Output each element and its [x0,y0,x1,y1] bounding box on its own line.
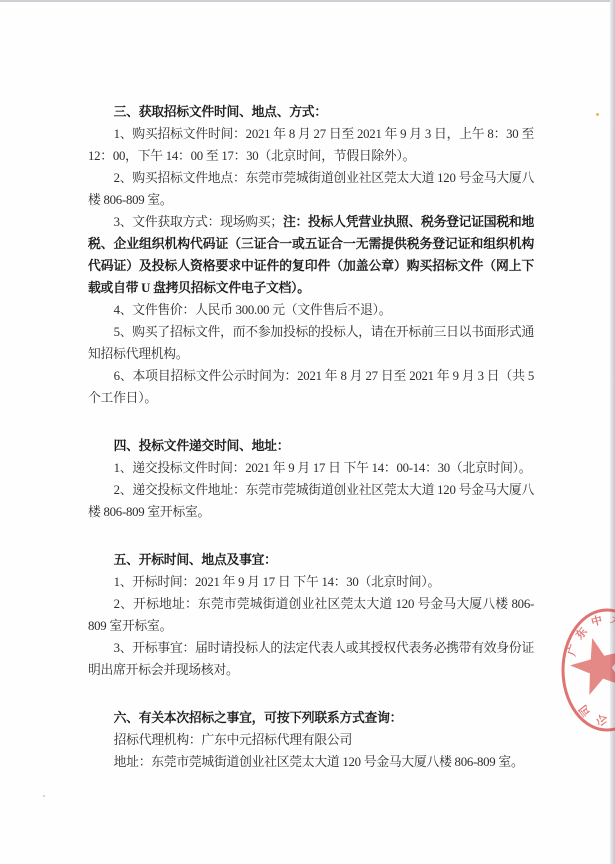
paragraph: 招标代理机构：广东中元招标代理有限公司 [88,729,534,751]
paragraph: 2、递交投标文件地址：东莞市莞城街道创业社区莞太大道 120 号金马大厦八楼 8… [88,479,534,523]
page-top-edge [0,0,615,2]
scan-speck [596,113,599,116]
seal-text: 广东中元招标代理有限公司 [564,611,615,729]
section-obtain-documents: 三、获取招标文件时间、地点、方式： 1、购买招标文件时间：2021 年 8 月 … [88,101,534,409]
section-heading: 六、有关本次招标之事宜，可按下列联系方式查询： [88,707,534,729]
paragraph: 3、开标事宜：届时请投标人的法定代表人或其授权代表务必携带有效身份证明出席开标会… [88,637,534,681]
section-heading: 五、开标时间、地点及事宜： [88,549,534,571]
seal-ring [563,610,615,730]
paragraph: 4、文件售价：人民币 300.00 元（文件售后不退）。 [88,299,534,321]
paragraph: 地址：东莞市莞城街道创业社区莞太大道 120 号金马大厦八楼 806-809 室… [88,751,534,773]
document-body: 三、获取招标文件时间、地点、方式： 1、购买招标文件时间：2021 年 8 月 … [88,101,534,773]
paragraph: 2、购买招标文件地点：东莞市莞城街道创业社区莞太大道 120 号金马大厦八楼 8… [88,167,534,211]
scan-speck [43,795,45,797]
agency-seal: 广东中元招标代理有限公司 [545,593,615,758]
paragraph: 3、文件获取方式：现场购买；注：投标人凭营业执照、税务登记证国税和地税、企业组织… [88,211,534,299]
paragraph: 6、本项目招标文件公示时间为：2021 年 8 月 27 日至 2021 年 9… [88,365,534,409]
seal-star [570,638,615,695]
document-page: { "document": { "sections": [ { "heading… [0,0,615,864]
paragraph: 2、开标地址：东莞市莞城街道创业社区莞太大道 120 号金马大厦八楼 806-8… [88,593,534,637]
section-heading: 三、获取招标文件时间、地点、方式： [88,101,534,123]
paragraph: 5、购买了招标文件，而不参加投标的投标人，请在开标前三日以书面形式通知招标代理机… [88,321,534,365]
paragraph: 1、开标时间：2021 年 9 月 17 日 下午 14：30（北京时间）。 [88,571,534,593]
page-right-edge [610,0,615,864]
section-contact-info: 六、有关本次招标之事宜，可按下列联系方式查询： 招标代理机构：广东中元招标代理有… [88,707,534,773]
paragraph: 1、购买招标文件时间：2021 年 8 月 27 日至 2021 年 9 月 3… [88,123,534,167]
section-bid-submission: 四、投标文件递交时间、地址： 1、递交投标文件时间：2021 年 9 月 17 … [88,435,534,523]
section-heading: 四、投标文件递交时间、地址： [88,435,534,457]
section-bid-opening: 五、开标时间、地点及事宜： 1、开标时间：2021 年 9 月 17 日 下午 … [88,549,534,681]
paragraph: 1、递交投标文件时间：2021 年 9 月 17 日 下午 14：00-14：3… [88,457,534,479]
